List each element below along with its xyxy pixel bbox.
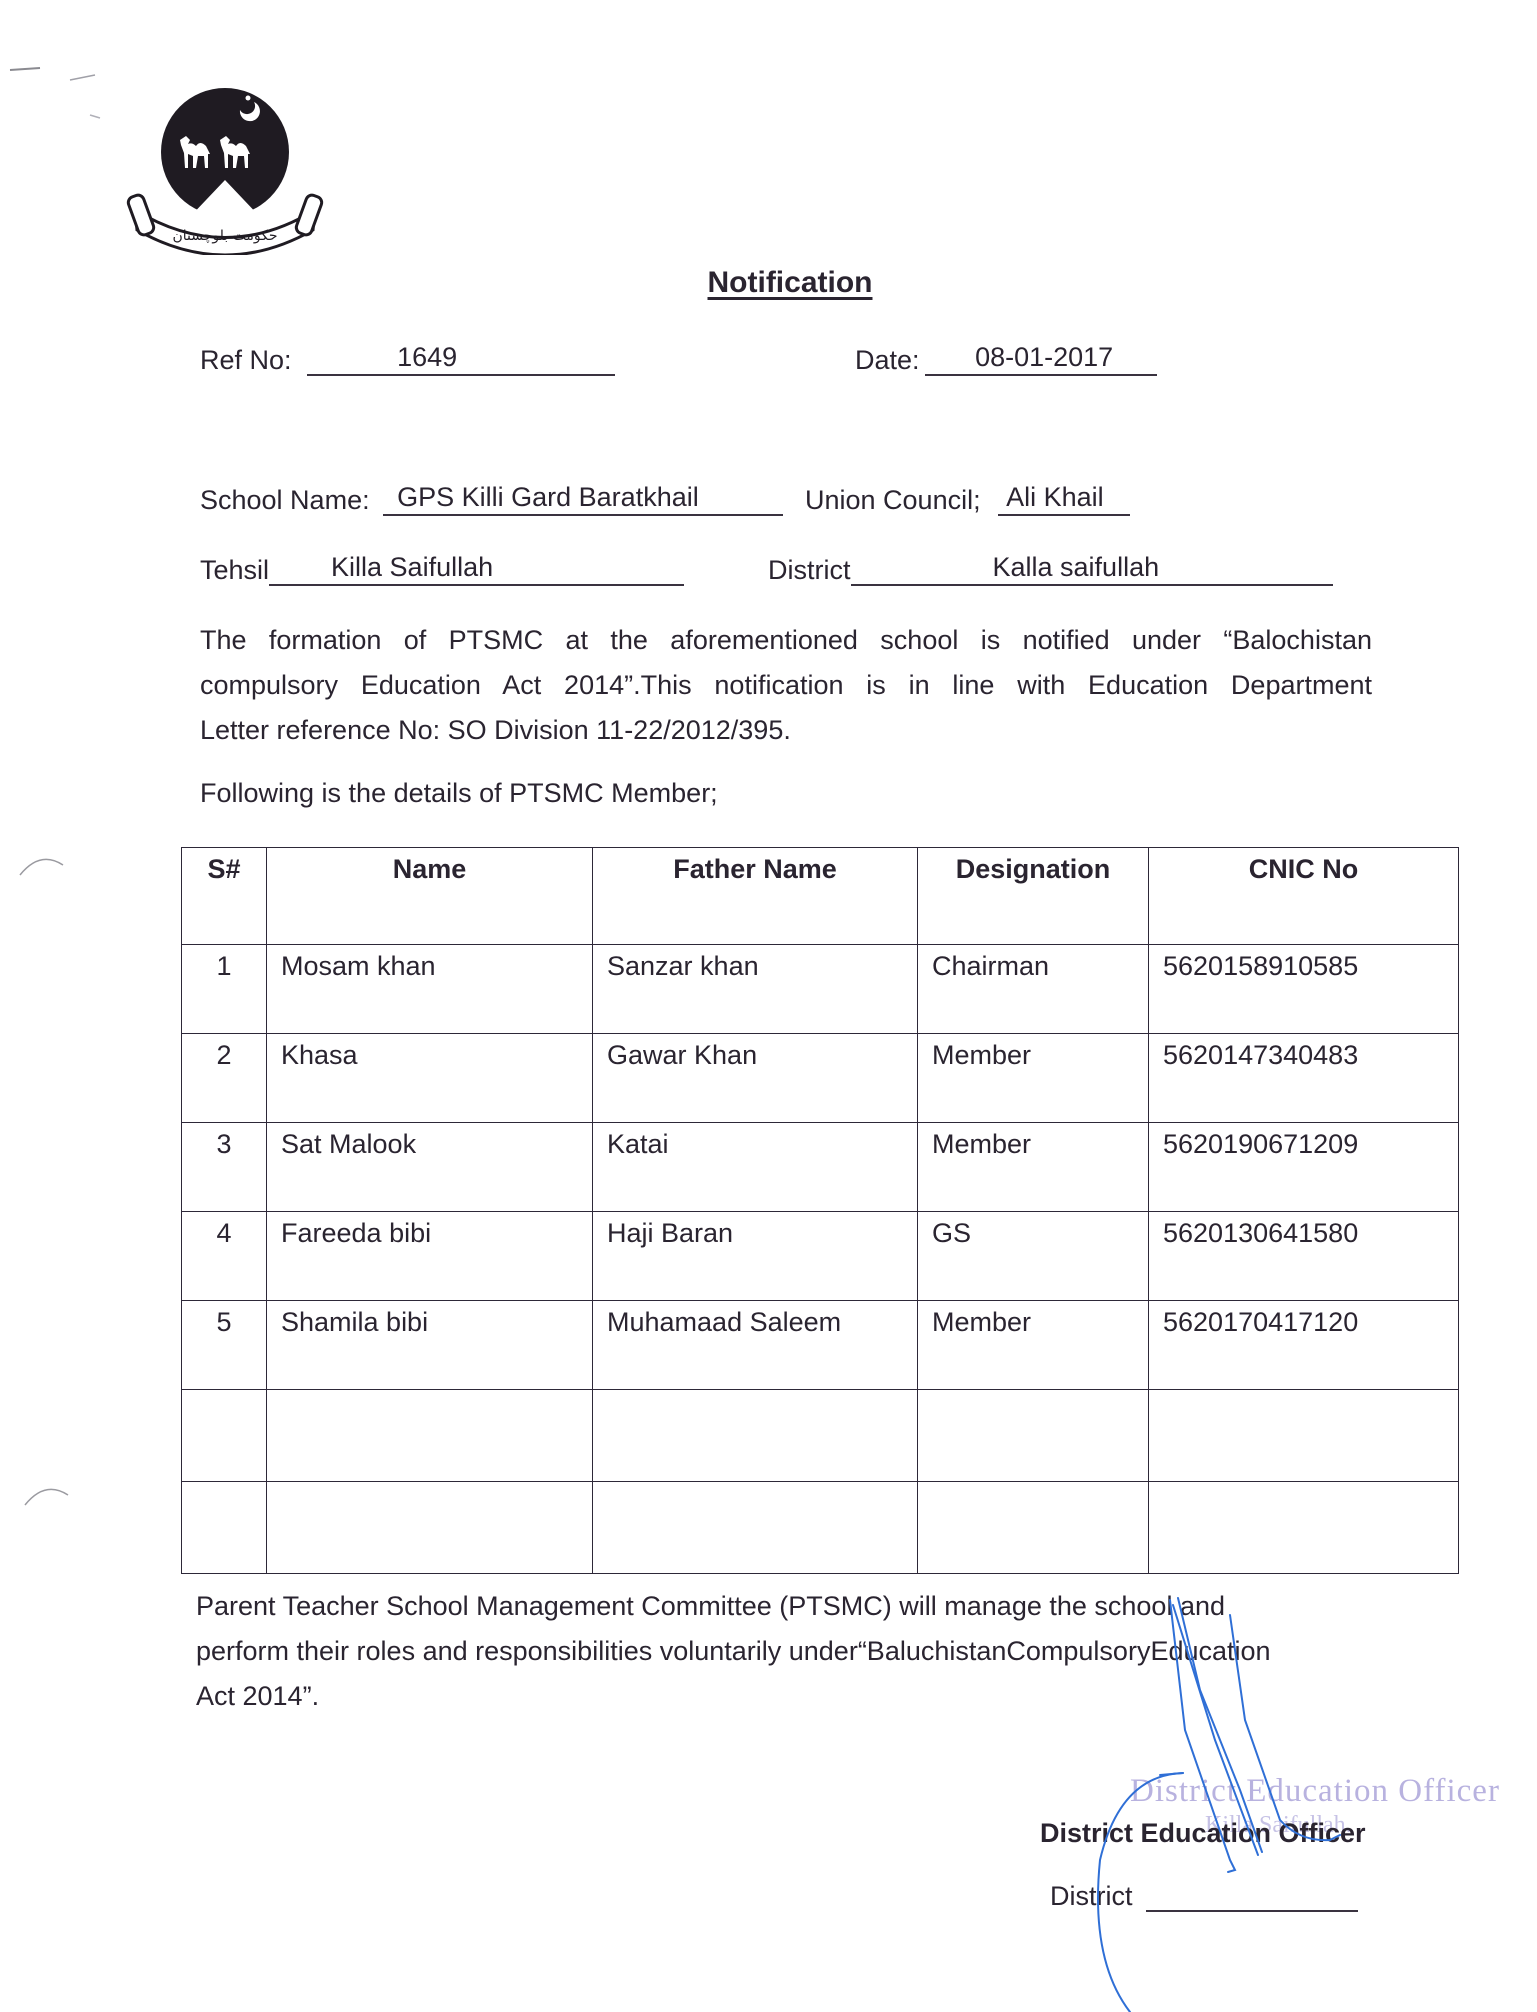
cell-name: Sat Malook — [267, 1123, 593, 1212]
table-row: 2KhasaGawar KhanMember5620147340483 — [182, 1034, 1459, 1123]
cell-designation: Member — [918, 1034, 1149, 1123]
cell-name: Shamila bibi — [267, 1301, 593, 1390]
intro-paragraph: The formation of PTSMC at the aforementi… — [200, 618, 1372, 753]
union-council-field: Union Council; Ali Khail — [805, 482, 1130, 516]
union-council-label: Union Council; — [805, 485, 981, 515]
cell-sn-empty — [182, 1390, 267, 1482]
cell-sn: 5 — [182, 1301, 267, 1390]
tehsil-label: Tehsil — [200, 555, 269, 585]
table-row: 3Sat MalookKataiMember5620190671209 — [182, 1123, 1459, 1212]
ref-no-label: Ref No: — [200, 345, 292, 375]
district-value: Kalla saifullah — [851, 552, 1160, 583]
cell-father-name: Gawar Khan — [593, 1034, 918, 1123]
cell-father-name: Muhamaad Saleem — [593, 1301, 918, 1390]
cell-designation: GS — [918, 1212, 1149, 1301]
school-name-label: School Name: — [200, 485, 370, 515]
signatory-district-field: District — [1050, 1880, 1358, 1912]
date-label: Date: — [855, 345, 920, 375]
ref-no-field: Ref No: 1649 — [200, 342, 615, 376]
union-council-value: Ali Khail — [998, 482, 1104, 513]
cell-designation: Member — [918, 1301, 1149, 1390]
cell-sn: 2 — [182, 1034, 267, 1123]
cell-name-empty — [267, 1482, 593, 1574]
cell-father-name-empty — [593, 1482, 918, 1574]
closing-line-1: Parent Teacher School Management Committ… — [196, 1584, 1396, 1629]
date-value: 08-01-2017 — [925, 342, 1113, 373]
closing-line-3: Act 2014”. — [196, 1674, 1396, 1719]
cell-cnic: 5620130641580 — [1149, 1212, 1459, 1301]
cell-sn: 4 — [182, 1212, 267, 1301]
tehsil-field: TehsilKilla Saifullah — [200, 552, 684, 586]
cell-cnic-empty — [1149, 1390, 1459, 1482]
cell-cnic: 5620147340483 — [1149, 1034, 1459, 1123]
cell-sn-empty — [182, 1482, 267, 1574]
scan-artifact — [0, 40, 120, 180]
cell-designation: Chairman — [918, 945, 1149, 1034]
cell-father-name: Katai — [593, 1123, 918, 1212]
cell-designation-empty — [918, 1482, 1149, 1574]
cell-father-name-empty — [593, 1390, 918, 1482]
svg-text:حکومت بلوچستان: حکومت بلوچستان — [173, 228, 278, 244]
district-field: DistrictKalla saifullah — [768, 552, 1333, 586]
cell-designation: Member — [918, 1123, 1149, 1212]
header-father-name: Father Name — [593, 848, 918, 945]
cell-cnic-empty — [1149, 1482, 1459, 1574]
cell-sn: 1 — [182, 945, 267, 1034]
table-row-empty — [182, 1482, 1459, 1574]
cell-name: Mosam khan — [267, 945, 593, 1034]
cell-name-empty — [267, 1390, 593, 1482]
date-field: Date: 08-01-2017 — [855, 342, 1157, 376]
table-header-row: S# Name Father Name Designation CNIC No — [182, 848, 1459, 945]
intro-line-1: The formation of PTSMC at the aforementi… — [200, 618, 1372, 663]
members-table: S# Name Father Name Designation CNIC No … — [181, 847, 1459, 1574]
cell-name: Khasa — [267, 1034, 593, 1123]
cell-sn: 3 — [182, 1123, 267, 1212]
intro-line-3: Letter reference No: SO Division 11-22/2… — [200, 708, 1372, 753]
closing-line-2: perform their roles and responsibilities… — [196, 1629, 1396, 1674]
hole-punch-mark — [20, 1480, 70, 1510]
header-cnic: CNIC No — [1149, 848, 1459, 945]
header-name: Name — [267, 848, 593, 945]
balochistan-emblem-logo: حکومت بلوچستان — [125, 80, 325, 255]
ref-no-value: 1649 — [307, 342, 457, 373]
official-stamp: District Education Officer — [1130, 1773, 1500, 1810]
header-designation: Designation — [918, 848, 1149, 945]
signatory-title: District Education Officer — [1040, 1818, 1366, 1849]
table-row: 4Fareeda bibiHaji BaranGS5620130641580 — [182, 1212, 1459, 1301]
school-name-value: GPS Killi Gard Baratkhail — [383, 482, 699, 513]
intro-line-2: compulsory Education Act 2014”.This noti… — [200, 663, 1372, 708]
cell-designation-empty — [918, 1390, 1149, 1482]
district-label: District — [768, 555, 851, 585]
page-title: Notification — [0, 266, 1537, 300]
cell-name: Fareeda bibi — [267, 1212, 593, 1301]
cell-cnic: 5620158910585 — [1149, 945, 1459, 1034]
tehsil-value: Killa Saifullah — [269, 552, 493, 583]
cell-cnic: 5620190671209 — [1149, 1123, 1459, 1212]
table-row: 1Mosam khanSanzar khanChairman5620158910… — [182, 945, 1459, 1034]
hole-punch-mark — [15, 850, 65, 880]
cell-father-name: Haji Baran — [593, 1212, 918, 1301]
members-intro-text: Following is the details of PTSMC Member… — [200, 778, 718, 809]
cell-cnic: 5620170417120 — [1149, 1301, 1459, 1390]
table-row: 5Shamila bibiMuhamaad SaleemMember562017… — [182, 1301, 1459, 1390]
header-sn: S# — [182, 848, 267, 945]
table-row-empty — [182, 1390, 1459, 1482]
signatory-district-label: District — [1050, 1881, 1133, 1911]
school-name-field: School Name: GPS Killi Gard Baratkhail — [200, 482, 783, 516]
cell-father-name: Sanzar khan — [593, 945, 918, 1034]
closing-paragraph: Parent Teacher School Management Committ… — [196, 1584, 1396, 1719]
